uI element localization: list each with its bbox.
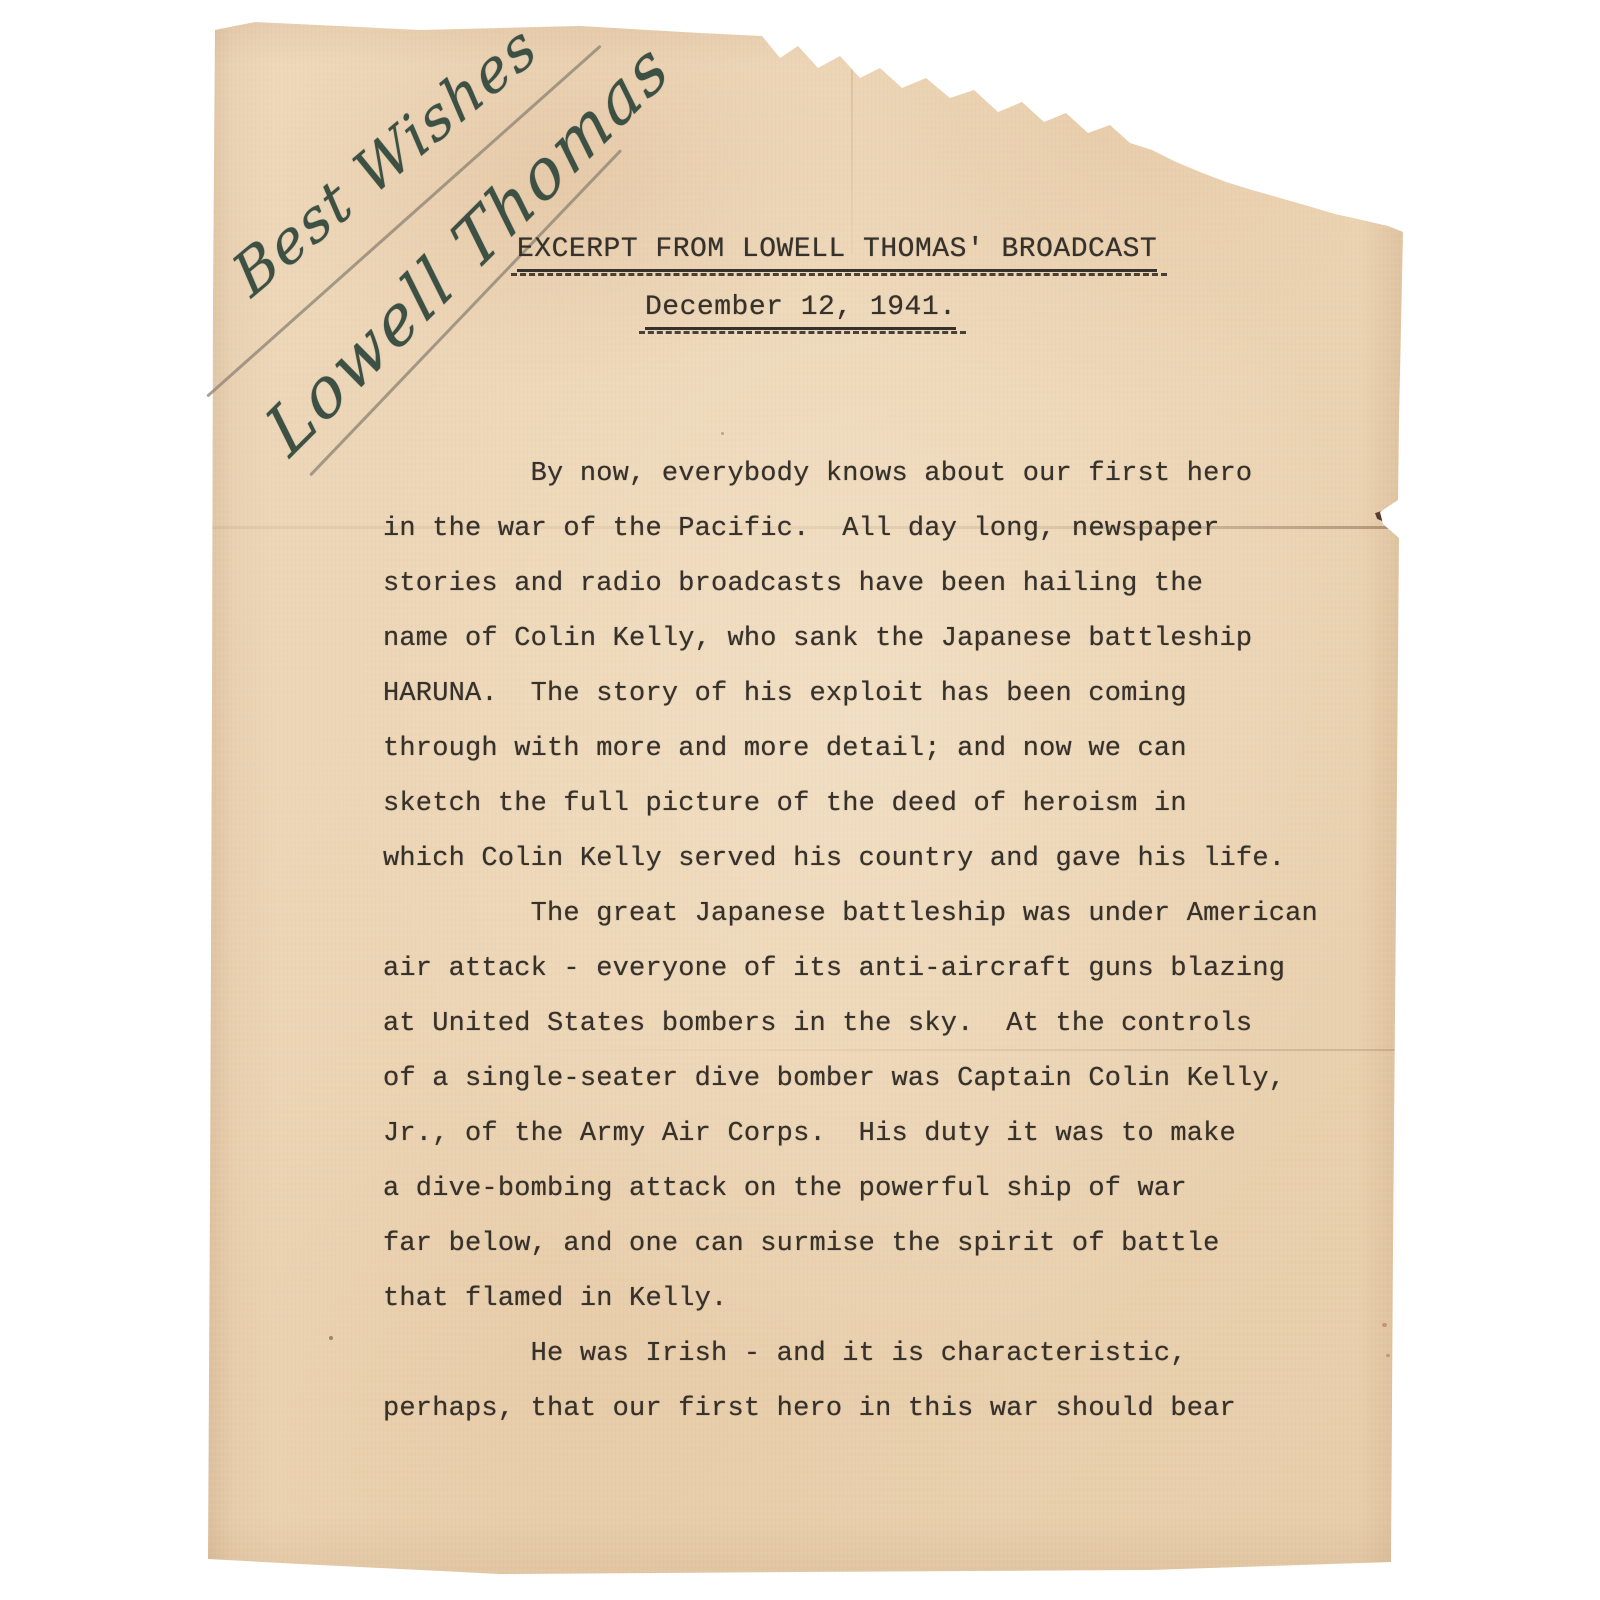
edge-tear-notch	[1375, 504, 1402, 528]
body-text: By now, everybody knows about our first …	[383, 447, 1318, 1437]
fold-crease-vertical	[851, 22, 853, 254]
title-text-line-2: December 12, 1941.	[645, 294, 956, 330]
paper-speck	[1382, 1323, 1387, 1327]
document-date: December 12, 1941.	[645, 294, 956, 330]
paper-speck	[721, 432, 724, 435]
document-title: EXCERPT FROM LOWELL THOMAS' BROADCAST	[517, 236, 1157, 272]
scan-background: Best Wishes Lowell Thomas EXCERPT FROM L…	[0, 0, 1600, 1600]
paper-speck	[329, 1336, 333, 1340]
paper-speck	[1386, 1354, 1390, 1357]
title-text-line-1: EXCERPT FROM LOWELL THOMAS' BROADCAST	[517, 236, 1157, 272]
